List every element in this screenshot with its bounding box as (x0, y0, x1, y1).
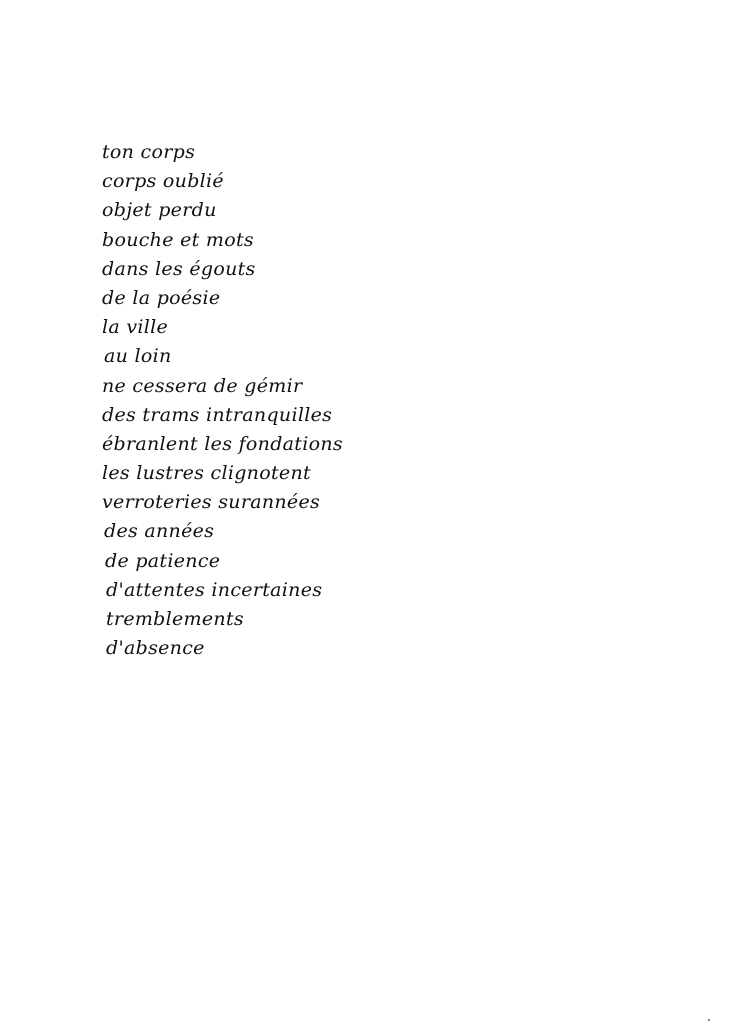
poem-line: des trams intranquilles (102, 401, 343, 430)
poem-line: tremblements (102, 605, 343, 634)
poem-line: ne cessera de gémir (102, 372, 343, 401)
poem-line: dans les égouts (102, 255, 343, 284)
poem-line: d'absence (102, 634, 343, 663)
poem-line: de patience (102, 547, 343, 576)
poem-line: bouche et mots (102, 226, 343, 255)
poem-line: les lustres clignotent (102, 459, 343, 488)
poem-line: d'attentes incertaines (102, 576, 343, 605)
poem-line: la ville (102, 313, 343, 342)
poem-line: au loin (102, 342, 343, 371)
handwritten-poem: ton corps corps oublié objet perdu bouch… (102, 138, 343, 663)
ink-speck (708, 1019, 710, 1021)
poem-line: verroteries surannées (102, 488, 343, 517)
poem-line: objet perdu (102, 196, 343, 225)
poem-line: de la poésie (102, 284, 343, 313)
poem-line: ébranlent les fondations (102, 430, 343, 459)
poem-line: ton corps (102, 138, 343, 167)
paper-page: ton corps corps oublié objet perdu bouch… (0, 0, 750, 1030)
poem-line: des années (102, 517, 343, 546)
poem-line: corps oublié (102, 167, 343, 196)
